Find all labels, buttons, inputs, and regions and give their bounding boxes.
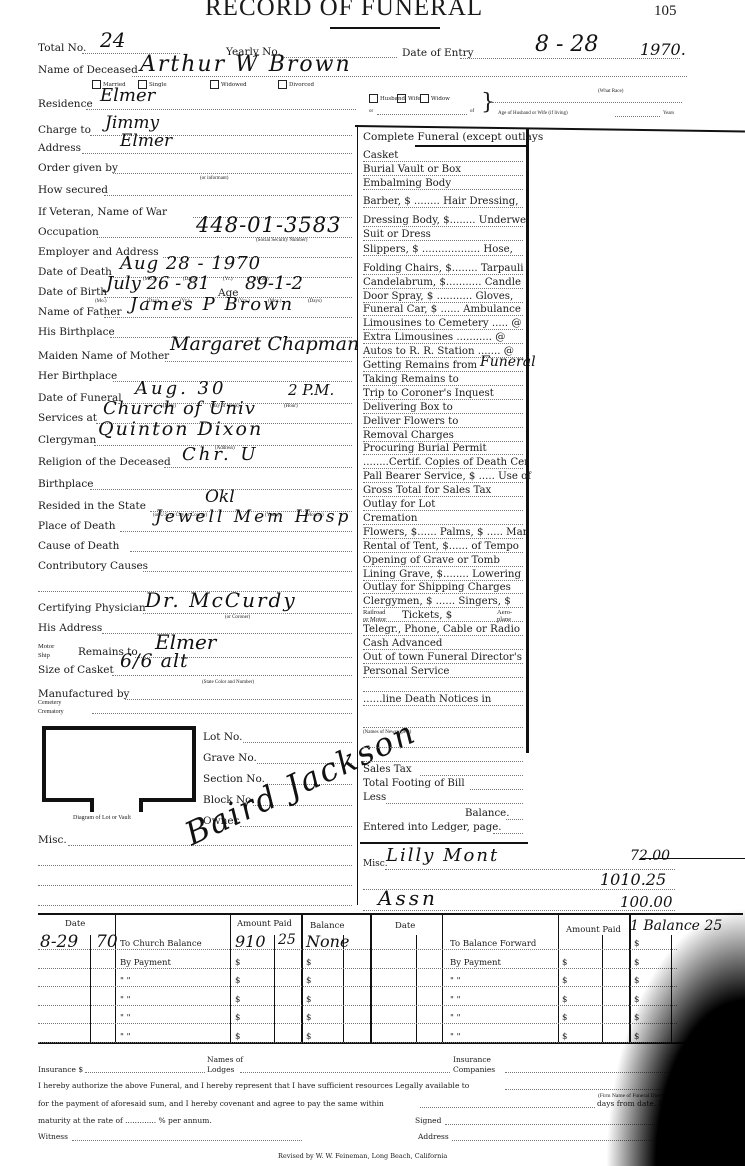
date-of-funeral-value[interactable]: Aug. 30 <box>135 378 226 399</box>
signed-label: Signed <box>415 1115 441 1127</box>
clergyman-label: Clergyman <box>38 434 96 446</box>
charge-item-line[interactable] <box>363 371 523 372</box>
total-no-label: Total No. <box>38 42 86 54</box>
days-line[interactable] <box>420 1107 595 1108</box>
ledger-left-col-yr <box>90 935 91 1043</box>
ledger-row-line[interactable] <box>38 1042 370 1043</box>
sales-tax-label: Sales Tax <box>363 764 412 776</box>
title-underline <box>330 27 440 29</box>
newspapers-line-2[interactable] <box>363 747 523 748</box>
size-of-casket-line <box>112 675 352 676</box>
charge-item-line[interactable] <box>363 315 523 316</box>
ledger-right-date-header: Date <box>395 920 415 932</box>
insurance-line[interactable] <box>85 1072 205 1073</box>
charge-item-line[interactable] <box>363 427 523 428</box>
diagram-door-left <box>90 798 94 812</box>
charge-item-line[interactable] <box>363 441 523 442</box>
age-spouse-line <box>615 116 660 117</box>
charge-item-line[interactable] <box>363 705 523 706</box>
charge-to-label: Charge to <box>38 124 91 136</box>
charge-item-line[interactable] <box>363 161 523 162</box>
birth-hint-mo: (Mo.) <box>95 299 107 304</box>
lodges-label-2: Lodges <box>207 1064 234 1076</box>
charges-header-underline <box>415 145 527 147</box>
size-of-casket-label: Size of Casket <box>38 664 114 676</box>
his-birthplace-label: His Birthplace <box>38 326 115 338</box>
charge-item-line[interactable] <box>363 329 523 330</box>
funeral-hint-hour: (Hour) <box>284 404 298 409</box>
father-value[interactable]: James P Brown <box>130 294 294 315</box>
services-at-label: Services at <box>38 412 97 424</box>
spouse-widow[interactable]: Widow <box>420 94 450 103</box>
charges-left-border <box>357 125 358 905</box>
father-line <box>104 317 352 318</box>
diagram-bottom-right <box>139 798 192 802</box>
charge-item-line[interactable] <box>363 635 523 636</box>
amount-2[interactable]: 1010.25 <box>600 870 666 889</box>
ledger-right-col-yr <box>416 935 417 1043</box>
misc-right-line2-value[interactable]: Assn <box>378 886 438 910</box>
date-of-death-value[interactable]: Aug 28 - 1970 <box>120 253 261 274</box>
religion-label: Religion of the Deceased <box>38 456 171 468</box>
charge-item-line[interactable] <box>363 189 523 190</box>
age-spouse-label: Age of Husband or Wife (if living) <box>498 111 568 116</box>
place-of-death-label: Place of Death <box>38 520 116 532</box>
coroner-hint: (or Coroner) <box>225 615 250 620</box>
charge-item-line[interactable] <box>363 207 523 208</box>
witness-line[interactable] <box>72 1140 302 1141</box>
balance-label: Balance. <box>465 808 509 820</box>
ledger-cents[interactable]: 25 <box>278 932 296 948</box>
ledger-left-balance-header: Balance <box>310 920 344 932</box>
charge-item-line[interactable] <box>363 566 523 567</box>
date-of-entry-year[interactable]: 1970. <box>640 40 686 59</box>
charge-item-line[interactable] <box>363 510 523 511</box>
getting-remains-value[interactable]: Funeral <box>480 354 536 370</box>
witness-label: Witness <box>38 1131 68 1143</box>
religion-line <box>164 467 352 468</box>
place-of-death-value[interactable]: Jewell Mem Hosp <box>155 507 351 527</box>
lodges-line[interactable] <box>240 1072 450 1073</box>
ledger-row-line[interactable] <box>38 1005 370 1006</box>
residence-value[interactable]: Elmer <box>100 85 155 106</box>
order-given-by-line[interactable] <box>113 173 352 174</box>
revised-by: Revised by W. W. Feineman, Long Beach, C… <box>278 1150 447 1162</box>
name-of-deceased-value[interactable]: Arthur W Brown <box>140 52 352 77</box>
of-label: of <box>470 109 474 114</box>
charge-item-line[interactable] <box>363 496 523 497</box>
less-label: Less <box>363 792 386 804</box>
how-secured-label: How secured <box>38 184 108 196</box>
authorize-text: I hereby authorize the above Funeral, an… <box>38 1080 469 1092</box>
cause-of-death-line[interactable] <box>130 551 352 552</box>
address-value[interactable]: Elmer <box>120 131 172 151</box>
charge-item-line[interactable] <box>363 580 523 581</box>
payment-text: for the payment of aforesaid sum, and I … <box>38 1098 384 1110</box>
charge-item-line[interactable] <box>363 175 523 176</box>
ledger-row-line[interactable] <box>38 968 370 969</box>
contributory-line[interactable] <box>143 571 352 572</box>
ledger-right-col-cents <box>602 935 603 1043</box>
or-label: or <box>369 109 373 114</box>
order-given-by-label: Order given by <box>38 162 118 174</box>
casket-hint: (State Color and Number) <box>202 680 254 685</box>
charge-item-line[interactable] <box>363 677 523 678</box>
how-secured-line[interactable] <box>104 195 352 196</box>
misc-right-label: Misc. <box>363 858 388 870</box>
contributory-label: Contributory Causes <box>38 560 148 572</box>
ledger-left-amount-header: Amount Paid <box>237 918 292 930</box>
residence-line <box>86 109 356 110</box>
spouse-wife[interactable]: Wife <box>397 94 421 103</box>
ship-label: Ship <box>38 652 50 659</box>
address-footer-label: Address <box>418 1131 449 1143</box>
charge-item-line[interactable] <box>363 288 523 289</box>
ledger-row-line[interactable] <box>38 1023 370 1024</box>
clergyman-value[interactable]: Quinton Dixon <box>98 418 263 440</box>
lot-diagram-box <box>42 726 196 802</box>
mother-label: Maiden Name of Mother <box>38 350 169 362</box>
maturity-text: maturity at the rate of ............. % … <box>38 1115 212 1127</box>
resided-label: Resided in the State <box>38 500 146 512</box>
date-of-birth-value[interactable]: July 26 - 81 <box>106 273 210 294</box>
resided-value[interactable]: Okl <box>205 487 235 507</box>
size-of-casket-value[interactable]: 6/6 alt <box>120 650 189 672</box>
race-line <box>492 102 682 103</box>
charge-item-line[interactable] <box>363 649 523 650</box>
manufactured-by-line[interactable] <box>125 699 352 700</box>
charge-item-line[interactable] <box>363 413 523 414</box>
marital-widowed[interactable]: Widowed <box>210 80 247 89</box>
occupation-label: Occupation <box>38 226 99 238</box>
marital-divorced[interactable]: Divorced <box>278 80 314 89</box>
date-of-birth-label: Date of Birth <box>38 286 107 298</box>
charge-item-line[interactable] <box>363 399 523 400</box>
charge-item-line[interactable] <box>363 538 523 539</box>
funeral-time-value[interactable]: 2 P.M. <box>288 381 334 399</box>
balance-line[interactable] <box>506 819 523 820</box>
total-no-value[interactable]: 24 <box>100 28 125 52</box>
veteran-label: If Veteran, Name of War <box>38 206 167 218</box>
newspapers-hint: (Names of Newspapers) <box>363 730 411 735</box>
ledger-page-line[interactable] <box>493 833 523 834</box>
religion-value[interactable]: Chr. U <box>182 444 259 465</box>
charge-item-line[interactable] <box>363 482 523 483</box>
place-of-death-line <box>120 531 352 532</box>
ledger-left-date-header: Date <box>65 918 85 930</box>
page-number: 105 <box>654 3 677 20</box>
railroad-label: Railroad <box>363 609 385 616</box>
spouse-of-line <box>377 114 467 115</box>
less-line[interactable] <box>386 803 523 804</box>
charge-item-line[interactable] <box>363 552 523 553</box>
cemetery-line[interactable] <box>92 713 352 714</box>
misc-right-value[interactable]: Lilly Mont <box>386 845 499 866</box>
charges-right-border <box>526 128 529 753</box>
charges-header: Complete Funeral (except outlays <box>363 131 543 143</box>
diagram-door-right <box>139 798 143 812</box>
date-of-entry-value[interactable]: 8 - 28 <box>535 32 598 57</box>
amount-1[interactable]: 72.00 <box>630 848 670 864</box>
occupation-line <box>97 237 352 238</box>
address-line <box>82 153 352 154</box>
charge-item-line[interactable] <box>363 240 523 241</box>
ssn-value[interactable]: 448-01-3583 <box>196 213 341 237</box>
charge-item-line[interactable] <box>363 593 523 594</box>
charge-item-line[interactable] <box>363 343 523 344</box>
charge-item-line[interactable] <box>363 302 523 303</box>
ins-companies-2: Companies <box>453 1064 495 1076</box>
age-hint-days: (Days) <box>308 299 322 304</box>
informant-hint: (or informant) <box>200 176 228 181</box>
diagram-bottom-left <box>42 798 94 802</box>
what-race-hint: (What Race) <box>598 89 623 94</box>
newspapers-line-3[interactable] <box>363 761 523 762</box>
cause-of-death-label: Cause of Death <box>38 540 119 552</box>
scan-shadow <box>605 906 745 1166</box>
document-title: RECORD OF FUNERAL <box>205 0 483 22</box>
ledger-row-line[interactable] <box>38 986 370 987</box>
ledger-left-col-bal-cents <box>343 935 344 1043</box>
his-address-label: His Address <box>38 622 102 634</box>
grave-no-label: Grave No. <box>203 752 257 764</box>
crematory-label: Crematory <box>38 709 64 715</box>
age-value[interactable]: 89-1-2 <box>245 273 303 294</box>
aero-label: Aero- <box>497 609 512 616</box>
physician-label: Certifying Physician <box>38 602 146 614</box>
ssn-hint: (Social Security Number) <box>256 238 307 243</box>
owner-line[interactable] <box>240 826 352 827</box>
lot-no-label: Lot No. <box>203 731 243 743</box>
charge-item-line[interactable] <box>363 255 523 256</box>
charge-to-value[interactable]: Jimmy <box>105 113 159 133</box>
totals-bottom-rule <box>360 842 528 844</box>
services-at-value[interactable]: Church of Univ <box>103 398 256 419</box>
total-footing-label: Total Footing of Bill <box>363 778 465 790</box>
years-label: Years <box>663 111 674 116</box>
charge-item-line[interactable] <box>363 691 523 692</box>
charge-item-line[interactable] <box>363 385 523 386</box>
charge-item-line[interactable] <box>363 468 523 469</box>
birthplace-label: Birthplace <box>38 478 94 490</box>
lot-no-line[interactable] <box>243 742 352 743</box>
ledger-left-col-cents <box>274 935 275 1043</box>
motor-label: or Motor <box>363 616 386 623</box>
charge-item-line[interactable] <box>363 607 523 608</box>
ledger-row-line[interactable] <box>38 949 370 950</box>
brace: } <box>481 92 495 114</box>
cemetery-label: Cemetery <box>38 700 61 706</box>
name-of-deceased-label: Name of Deceased <box>38 64 138 76</box>
charge-item-line[interactable] <box>363 454 523 455</box>
charge-item-line[interactable] <box>363 663 523 664</box>
misc-label: Misc. <box>38 834 67 846</box>
residence-label: Residence <box>38 98 93 110</box>
ledger-page-label: Entered into Ledger, page. <box>363 822 502 834</box>
total-footing-line[interactable] <box>470 789 523 790</box>
mother-line <box>165 361 352 362</box>
misc-line-2[interactable] <box>38 865 352 866</box>
insurance-label: Insurance $ <box>38 1064 83 1076</box>
charge-item-line[interactable] <box>363 524 523 525</box>
newspapers-line-1[interactable] <box>363 727 523 728</box>
amount-rule <box>640 858 745 859</box>
charge-item-line[interactable] <box>363 226 523 227</box>
death-hint-yr: (Yr.) <box>223 277 233 282</box>
motor-label: Motor <box>38 643 54 650</box>
charge-item-line[interactable] <box>363 274 523 275</box>
sales-tax-line[interactable] <box>420 775 523 776</box>
manufactured-by-label: Manufactured by <box>38 688 130 700</box>
misc-line-3[interactable] <box>38 885 352 886</box>
date-of-death-label: Date of Death <box>38 266 112 278</box>
her-birthplace-label: Her Birthplace <box>38 370 117 382</box>
address-label: Address <box>38 142 81 154</box>
physician-line <box>143 613 352 614</box>
his-address-line[interactable] <box>102 633 352 634</box>
mother-value[interactable]: Margaret Chapman <box>170 333 359 355</box>
misc-line-4[interactable] <box>38 905 352 906</box>
plane-label: plane <box>497 616 511 623</box>
physician-value[interactable]: Dr. McCurdy <box>145 588 297 612</box>
diagram-caption: Diagram of Lot or Vault <box>73 815 131 821</box>
